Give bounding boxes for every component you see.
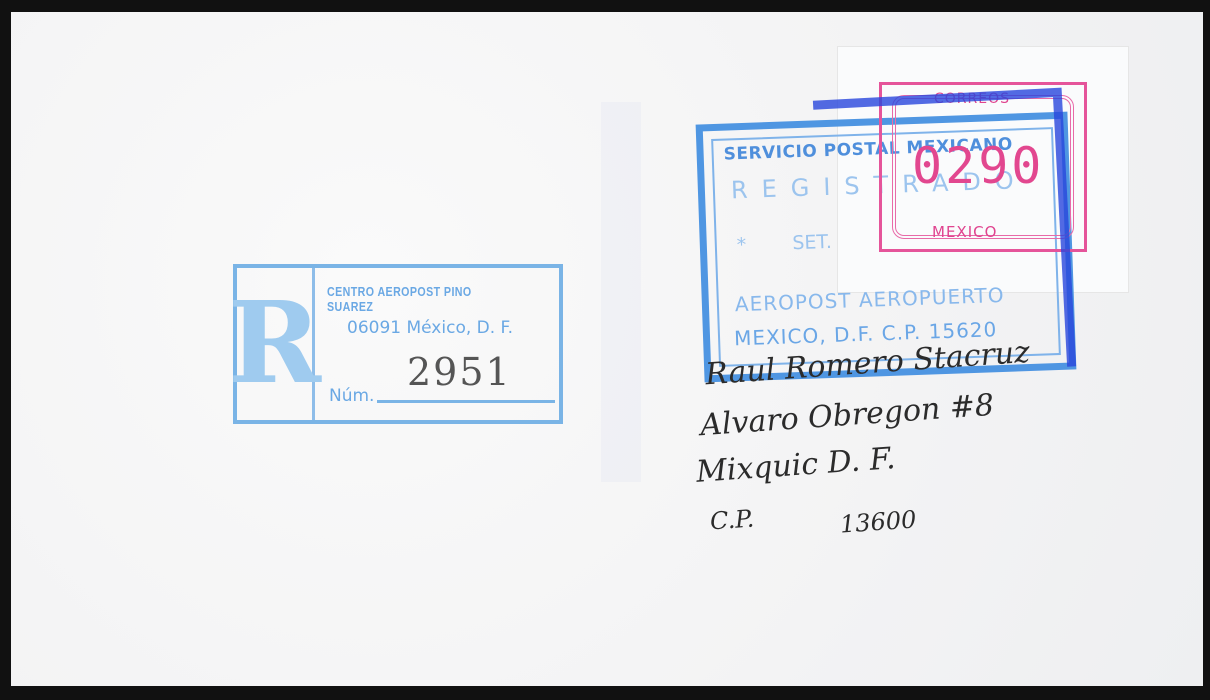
registered-letter: R (228, 288, 321, 400)
registration-label: R CENTRO AEROPOST PINO SUAREZ 06091 Méxi… (233, 264, 563, 424)
post-office-name: CENTRO AEROPOST PINO SUAREZ (327, 284, 517, 314)
star-icon: * (736, 234, 746, 256)
registration-number: 2951 (407, 350, 512, 394)
number-line (377, 400, 555, 403)
paper-mark (601, 102, 641, 482)
postmark-date-row: * SET. (736, 231, 832, 256)
address-postal-code: 13600 (839, 505, 917, 538)
r-box: R (237, 268, 315, 420)
number-label: Núm. (329, 386, 374, 406)
postmark-overstrike (813, 88, 1076, 380)
address-postal-label: C.P. (709, 504, 755, 535)
post-office-city: 06091 México, D. F. (347, 318, 513, 338)
